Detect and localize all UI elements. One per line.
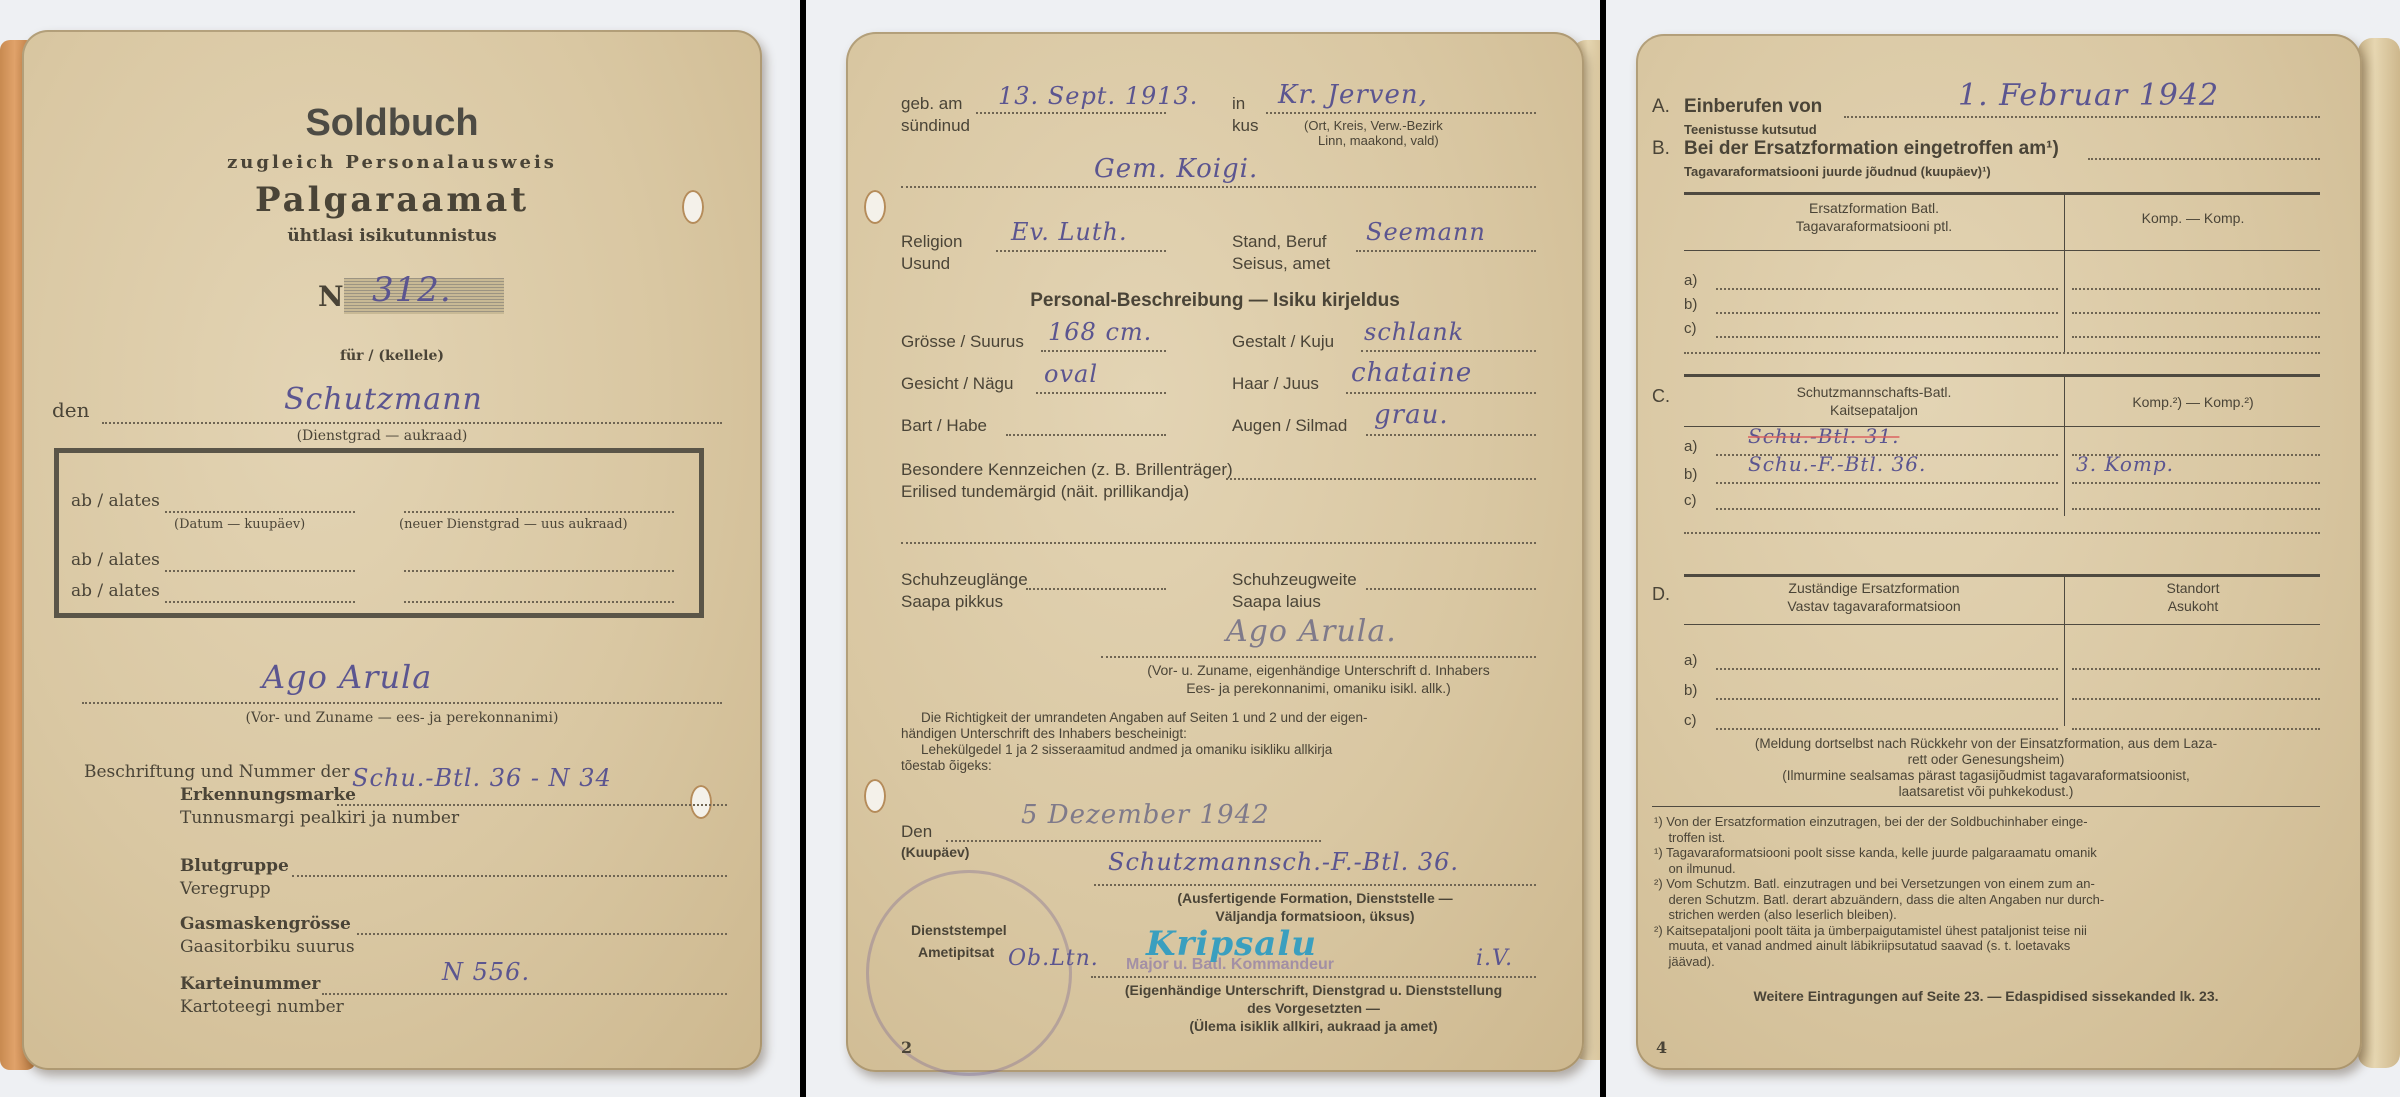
- place-value: Kr. Jerven,: [1278, 80, 1428, 110]
- name-line: [82, 702, 722, 704]
- height-value: 168 cm.: [1048, 318, 1152, 346]
- shoe-length-label-et: Saapa pikkus: [901, 592, 1003, 612]
- section-a-value: 1. Februar 1942: [1958, 78, 2219, 113]
- religion-line: [996, 250, 1166, 252]
- officer-caption-1: (Eigenhändige Unterschrift, Dienstgrad u…: [1091, 982, 1536, 998]
- holder-signature: Ago Arula.: [1226, 614, 1397, 649]
- table3-location-line: [2072, 728, 2320, 730]
- table1-col1-line1: Ersatzformation Batl.: [1684, 200, 2064, 216]
- footnote-line: ¹) Von der Ersatzformation einzutragen, …: [1654, 814, 2322, 830]
- from-date-line: [165, 601, 355, 603]
- from-label: ab / alates: [71, 550, 160, 570]
- eyes-line: [1366, 434, 1536, 436]
- section-b-label-et: Tagavaraformatsiooni juurde jõudnud (kuu…: [1684, 164, 1991, 179]
- table3-row-label: b): [1684, 682, 1697, 699]
- table2-row-label: a): [1684, 438, 1697, 455]
- footnote-line: deren Schutzm. Batl. derart abzuändern, …: [1654, 892, 2322, 908]
- footnote-line: on ilmunud.: [1654, 861, 2322, 877]
- cover-panel: Soldbuch zugleich Personalausweis Palgar…: [0, 0, 800, 1097]
- holder-signature-line: [1101, 656, 1536, 658]
- table2-unit-a: Schu.-Btl. 31.: [1748, 424, 1899, 448]
- name-caption: (Vor- und Zuname — ees- ja perekonnanimi…: [82, 710, 722, 726]
- table3-col1-line2: Vastav tagavaraformatsioon: [1684, 598, 2064, 614]
- certify-de-2: händigen Unterschrift des Inhabers besch…: [901, 726, 1187, 741]
- section-b-letter: B.: [1652, 138, 1670, 160]
- stamp-label-et: Ametipitsat: [918, 944, 994, 960]
- report-de-1: (Meldung dortselbst nach Rückkehr von de…: [1652, 736, 2320, 751]
- officer-caption-2: des Vorgesetzten —: [1091, 1000, 1536, 1016]
- table1-row-label: a): [1684, 272, 1697, 289]
- table3-col2-line1: Standort: [2066, 580, 2320, 596]
- hair-value: chataine: [1351, 358, 1472, 388]
- table1-header-rule: [1684, 250, 2320, 251]
- from-label: ab / alates: [71, 581, 160, 601]
- description-heading: Personal-Beschreibung — Isiku kirjeldus: [846, 290, 1584, 312]
- table1-top-rule: [1684, 192, 2320, 195]
- section-a-line: [1844, 116, 2320, 118]
- report-et-2: laatsaretist või puhkekodust.): [1652, 784, 2320, 799]
- table2-komp-line: [2072, 508, 2320, 510]
- table2-unit-line: [1716, 508, 2058, 510]
- new-rank-line: [404, 511, 674, 513]
- table1-bottom-line: [1684, 352, 2320, 354]
- tag-label-et: Tunnusmargi pealkiri ja number: [180, 808, 459, 828]
- number-value: 312.: [372, 270, 452, 310]
- shoe-length-line: [1026, 588, 1166, 590]
- religion-label-et: Usund: [901, 254, 950, 274]
- eyes-value: grau.: [1374, 400, 1449, 430]
- blood-label: Blutgruppe: [180, 856, 289, 876]
- page-4: A. Einberufen von 1. Februar 1942 Teenis…: [1636, 34, 2362, 1070]
- table1-col1-line2: Tagavaraformatsiooni ptl.: [1684, 218, 2064, 234]
- officer-signature: Kripsalu: [1146, 924, 1317, 964]
- new-rank-line: [404, 570, 674, 572]
- hair-line: [1346, 392, 1536, 394]
- tag-line: [337, 804, 727, 806]
- shoe-width-line: [1366, 588, 1536, 590]
- tag-label-2: Erkennungsmarke: [180, 785, 356, 805]
- punch-hole: [864, 190, 886, 224]
- table3-formation-line: [1716, 728, 2058, 730]
- from-label: ab / alates: [71, 491, 160, 511]
- unit-caption-2: Väljandja formatsioon, üksus): [1094, 908, 1536, 924]
- officer-rank: Ob.Ltn.: [1008, 946, 1099, 971]
- height-label: Grösse / Suurus: [901, 332, 1024, 352]
- parish-value: Gem. Koigi.: [1094, 154, 1258, 184]
- marks-line: [1226, 478, 1536, 480]
- table3-location-line: [2072, 668, 2320, 670]
- card-line: [322, 993, 727, 995]
- table3-row-label: c): [1684, 712, 1697, 729]
- report-et-1: (Ilmurmine sealsamas pärast tagasijõudmi…: [1652, 768, 2320, 783]
- card-value: N 556.: [442, 958, 530, 986]
- in-label-et: kus: [1232, 116, 1258, 136]
- table1-unit-line: [1716, 288, 2058, 290]
- signature-caption-2: Ees- ja perekonnanimi, omaniku isikl. al…: [1101, 680, 1536, 696]
- section-a-label: Einberufen von: [1684, 96, 1822, 118]
- date-label: Den: [901, 822, 932, 842]
- gasmask-label: Gasmaskengrösse: [180, 914, 351, 934]
- footnote-line: strichen werden (also leserlich bleiben)…: [1654, 907, 2322, 923]
- table1-unit-line: [1716, 312, 2058, 314]
- table1-komp-line: [2072, 288, 2320, 290]
- build-label: Gestalt / Kuju: [1232, 332, 1334, 352]
- table2-unit-b: Schu.-F.-Btl. 36.: [1748, 452, 1926, 476]
- den-label: den: [52, 398, 90, 422]
- table1-row-label: c): [1684, 320, 1697, 337]
- date-caption: (Datum — kuupäev): [174, 517, 305, 532]
- from-date-line: [165, 511, 355, 513]
- marks-label: Besondere Kennzeichen (z. B. Brillenträg…: [901, 460, 1233, 480]
- fuer-label: für / (kellele): [22, 348, 762, 364]
- next-page-edge: [2358, 38, 2400, 1068]
- table3-col-divider: [2064, 576, 2065, 726]
- build-value: schlank: [1364, 318, 1464, 346]
- section-b-line: [2088, 158, 2320, 160]
- table1-komp-line: [2072, 336, 2320, 338]
- unit-caption-1: (Ausfertigende Formation, Dienststelle —: [1094, 890, 1536, 906]
- born-label: geb. am: [901, 94, 962, 114]
- table3-col1-line1: Zuständige Ersatzformation: [1684, 580, 2064, 596]
- tag-label-1: Beschriftung und Nummer der: [84, 762, 350, 782]
- date-line: [946, 840, 1321, 842]
- place-caption-1: (Ort, Kreis, Verw.-Bezirk: [1304, 118, 1443, 133]
- table1-row-label: b): [1684, 296, 1697, 313]
- table2-unit-line: [1716, 482, 2058, 484]
- page-2: geb. am sündinud 13. Sept. 1913. in kus …: [846, 32, 1584, 1072]
- table2-col2: Komp.²) — Komp.²): [2066, 394, 2320, 410]
- page2-panel: geb. am sündinud 13. Sept. 1913. in kus …: [806, 0, 1600, 1097]
- footnotes: ¹) Von der Ersatzformation einzutragen, …: [1654, 814, 2322, 969]
- signature-caption-1: (Vor- u. Zuname, eigenhändige Unterschri…: [1101, 662, 1536, 678]
- cover-title: Soldbuch: [22, 102, 762, 145]
- card-label-et: Kartoteegi number: [180, 997, 344, 1017]
- face-value: oval: [1044, 360, 1098, 388]
- table2-col-divider: [2064, 376, 2065, 516]
- punch-hole: [690, 785, 712, 819]
- table3-col2-line2: Asukoht: [2066, 598, 2320, 614]
- footnote-line: ¹) Tagavaraformatsiooni poolt sisse kand…: [1654, 845, 2322, 861]
- tag-value: Schu.-Btl. 36 - N 34: [352, 764, 612, 792]
- footnote-rule: [1652, 806, 2320, 807]
- stamp-label: Dienststempel: [911, 922, 1007, 938]
- profession-label: Stand, Beruf: [1232, 232, 1327, 252]
- footnote-line: muuta, et vanad andmed ainult läbikriips…: [1654, 938, 2322, 954]
- born-value: 13. Sept. 1913.: [998, 82, 1198, 110]
- continuation-note: Weitere Eintragungen auf Seite 23. — Eda…: [1652, 988, 2320, 1004]
- marks-label-et: Erilised tundemärgid (näit. prillikandja…: [901, 482, 1189, 502]
- table3-header-rule: [1684, 624, 2320, 625]
- unit-value: Schutzmannsch.-F.-Btl. 36.: [1108, 848, 1459, 876]
- shoe-width-label: Schuhzeugweite: [1232, 570, 1357, 590]
- table1-col2: Komp. — Komp.: [2066, 210, 2320, 226]
- footnote-line: jäävad).: [1654, 954, 2322, 970]
- blood-line: [292, 875, 727, 877]
- shoe-width-label-et: Saapa laius: [1232, 592, 1321, 612]
- date-value: 5 Dezember 1942: [1021, 800, 1270, 830]
- new-rank-caption: (neuer Dienstgrad — uus aukraad): [399, 517, 628, 532]
- table3-formation-line: [1716, 698, 2058, 700]
- from-date-line: [165, 570, 355, 572]
- report-de-2: rett oder Genesungsheim): [1652, 752, 2320, 767]
- shoe-length-label: Schuhzeuglänge: [901, 570, 1028, 590]
- table1-komp-line: [2072, 312, 2320, 314]
- born-label-et: sündinud: [901, 116, 970, 136]
- date-label-et: (Kuupäev): [901, 844, 969, 860]
- page-number: 2: [901, 1038, 912, 1057]
- religion-value: Ev. Luth.: [1011, 218, 1128, 246]
- build-line: [1361, 350, 1536, 352]
- footnote-line: troffen ist.: [1654, 830, 2322, 846]
- officer-signature-line: [1091, 976, 1536, 978]
- officer-suffix: i.V.: [1476, 946, 1513, 971]
- rank-line: [102, 422, 722, 424]
- hair-label: Haar / Juus: [1232, 374, 1319, 394]
- rank-change-box: ab / alates (Datum — kuupäev) (neuer Die…: [54, 448, 704, 618]
- cover-page: Soldbuch zugleich Personalausweis Palgar…: [22, 30, 762, 1070]
- cover-title-et: Palgaraamat: [22, 180, 762, 220]
- beard-label: Bart / Habe: [901, 416, 987, 436]
- place-caption-2: Linn, maakond, vald): [1318, 133, 1439, 148]
- height-line: [1041, 350, 1166, 352]
- born-line: [976, 112, 1166, 114]
- unit-line: [1094, 884, 1536, 886]
- official-stamp: [866, 870, 1072, 1076]
- table2-komp-b: 3. Komp.: [2076, 452, 2174, 476]
- rank-caption: (Dienstgrad — aukraad): [252, 428, 512, 444]
- profession-line: [1356, 250, 1536, 252]
- profession-value: Seemann: [1366, 218, 1486, 246]
- footnote-line: ²) Kaitsepataljoni poolt täita ja ümberp…: [1654, 923, 2322, 939]
- table3-row-label: a): [1684, 652, 1697, 669]
- parish-line: [901, 186, 1536, 188]
- officer-caption-3: (Ülema isiklik allkiri, aukraad ja amet): [1091, 1018, 1536, 1034]
- table3-location-line: [2072, 698, 2320, 700]
- profession-label-et: Seisus, amet: [1232, 254, 1330, 274]
- religion-label: Religion: [901, 232, 962, 252]
- table2-bottom-line: [1684, 532, 2320, 534]
- section-c-letter: C.: [1652, 386, 1670, 407]
- eyes-label: Augen / Silmad: [1232, 416, 1347, 436]
- cover-subtitle-de: zugleich Personalausweis: [22, 152, 762, 173]
- card-label: Karteinummer: [180, 974, 320, 994]
- gasmask-line: [357, 933, 727, 935]
- table2-col1-line1: Schutzmannschafts-Batl.: [1684, 384, 2064, 400]
- table1-unit-line: [1716, 336, 2058, 338]
- certify-de-1: Die Richtigkeit der umrandeten Angaben a…: [921, 710, 1368, 725]
- beard-line: [1006, 434, 1166, 436]
- face-line: [1036, 392, 1166, 394]
- table1-col-divider: [2064, 194, 2065, 354]
- cover-subtitle-et: ühtlasi isikutunnistus: [22, 226, 762, 246]
- blood-label-et: Veregrupp: [180, 879, 271, 899]
- table2-row-label: b): [1684, 466, 1697, 483]
- section-d-letter: D.: [1652, 584, 1670, 605]
- in-label: in: [1232, 94, 1245, 114]
- marks-line-2: [901, 542, 1536, 544]
- rank-value: Schutzmann: [284, 382, 483, 417]
- place-line: [1266, 112, 1536, 114]
- section-b-label: Bei der Ersatzformation eingetroffen am¹…: [1684, 138, 2059, 160]
- punch-hole: [864, 779, 886, 813]
- table3-formation-line: [1716, 668, 2058, 670]
- section-a-letter: A.: [1652, 96, 1670, 118]
- section-a-label-et: Teenistusse kutsutud: [1684, 122, 1817, 137]
- table2-top-rule: [1684, 374, 2320, 377]
- new-rank-line: [404, 601, 674, 603]
- page4-panel: A. Einberufen von 1. Februar 1942 Teenis…: [1606, 0, 2400, 1097]
- face-label: Gesicht / Nägu: [901, 374, 1013, 394]
- table2-komp-line: [2072, 482, 2320, 484]
- certify-et-2: tõestab õigeks:: [901, 758, 992, 773]
- page-number: 4: [1656, 1038, 1667, 1057]
- table2-col1-line2: Kaitsepataljon: [1684, 402, 2064, 418]
- name-value: Ago Arula: [262, 658, 432, 696]
- gasmask-label-et: Gaasitorbiku suurus: [180, 937, 355, 957]
- table3-top-rule: [1684, 574, 2320, 577]
- certify-et-1: Lehekülgedel 1 ja 2 sisseraamitud andmed…: [921, 742, 1332, 757]
- table2-row-label: c): [1684, 492, 1697, 509]
- footnote-line: ²) Vom Schutzm. Batl. einzutragen und be…: [1654, 876, 2322, 892]
